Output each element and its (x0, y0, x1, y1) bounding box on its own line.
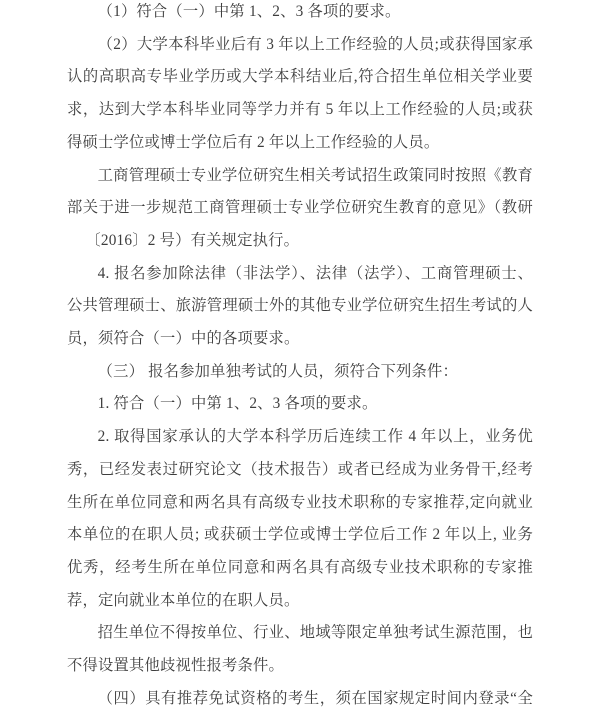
text-line: 部关于进一步规范工商管理硕士专业学位研究生教育的意见》（教研 (67, 192, 533, 225)
text-line: 不得设置其他歧视性报考条件。 (67, 650, 533, 683)
text-line: 秀，已经发表过研究论文（技术报告）或者已经成为业务骨干,经考 (67, 454, 533, 487)
text-line: 工商管理硕士专业学位研究生相关考试招生政策同时按照《教育 (67, 160, 533, 193)
text-line: 招生单位不得按单位、行业、地域等限定单独考试生源范围，也 (67, 617, 533, 650)
text-line: 得硕士学位或博士学位后有 2 年以上工作经验的人员。 (67, 127, 533, 160)
text-line: （三） 报名参加单独考试的人员，须符合下列条件： (67, 356, 533, 389)
document-page: （1）符合（一）中第 1、2、3 各项的要求。 （2）大学本科毕业后有 3 年以… (0, 0, 600, 712)
text-line: （四）具有推荐免试资格的考生，须在国家规定时间内登录“全 (67, 683, 533, 712)
text-line: 本单位的在职人员; 或获硕士学位或博士学位后工作 2 年以上, 业务 (67, 519, 533, 552)
text-line: 公共管理硕士、旅游管理硕士外的其他专业学位研究生招生考试的人 (67, 290, 533, 323)
text-line: 〔2016〕2 号）有关规定执行。 (67, 225, 533, 258)
text-line: 荐，定向就业本单位的在职人员。 (67, 585, 533, 618)
text-line: 求，达到大学本科毕业同等学力并有 5 年以上工作经验的人员;或获 (67, 94, 533, 127)
text-line: （2）大学本科毕业后有 3 年以上工作经验的人员;或获得国家承 (67, 29, 533, 62)
text-line: 4. 报名参加除法律（非法学）、法律（法学）、工商管理硕士、 (67, 258, 533, 291)
text-line: （1）符合（一）中第 1、2、3 各项的要求。 (67, 0, 533, 29)
document-text-block: （1）符合（一）中第 1、2、3 各项的要求。 （2）大学本科毕业后有 3 年以… (67, 0, 533, 712)
text-line: 认的高职高专毕业学历或大学本科结业后,符合招生单位相关学业要 (67, 61, 533, 94)
text-line: 2. 取得国家承认的大学本科学历后连续工作 4 年以上，业务优 (67, 421, 533, 454)
text-line: 生所在单位同意和两名具有高级专业技术职称的专家推荐,定向就业 (67, 487, 533, 520)
text-line: 1. 符合（一）中第 1、2、3 各项的要求。 (67, 388, 533, 421)
text-line: 优秀，经考生所在单位同意和两名具有高级专业技术职称的专家推 (67, 552, 533, 585)
text-line: 员，须符合（一）中的各项要求。 (67, 323, 533, 356)
